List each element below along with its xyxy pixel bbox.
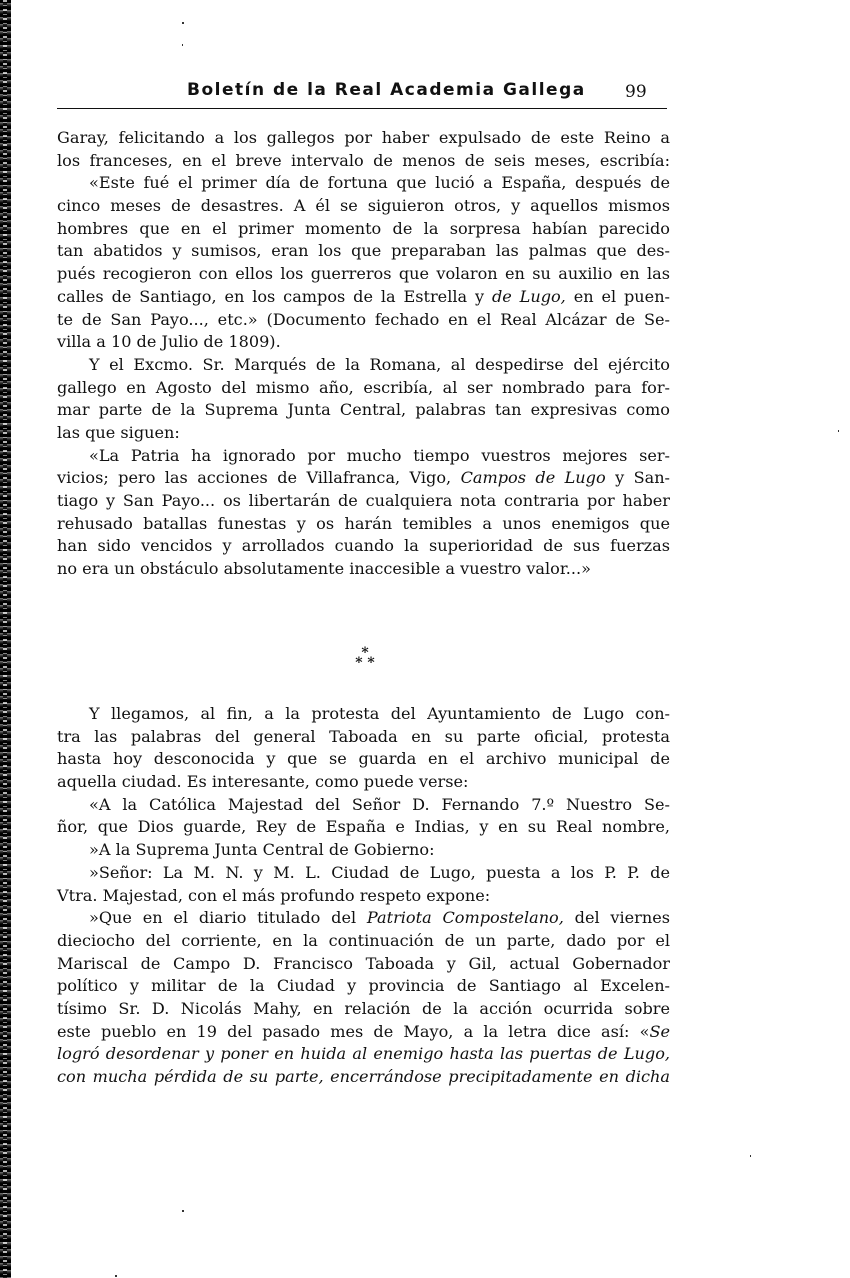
asterism-bottom: * *: [345, 658, 385, 668]
text-line: te de San Payo..., etc.» (Documento fech…: [57, 309, 670, 332]
italic-run: Se: [649, 1022, 670, 1041]
text-run: »Que en el diario titulado del: [89, 908, 367, 927]
text-line: tra las palabras del general Taboada en …: [57, 726, 670, 749]
text-line: »A la Suprema Junta Central de Gobierno:: [57, 839, 670, 862]
section-1-body: Garay, felicitando a los gallegos por ha…: [57, 127, 670, 581]
text-line: Vtra. Majestad, con el más profundo resp…: [57, 885, 670, 908]
text-line: logró desordenar y poner en huida al ene…: [57, 1043, 670, 1066]
text-run: del viernes: [564, 908, 670, 927]
text-line: han sido vencidos y arrollados cuando la…: [57, 535, 670, 558]
text-run: este pueblo en 19 del pasado mes de Mayo…: [57, 1022, 649, 1041]
scan-speck: [115, 1275, 117, 1277]
text-line: gallego en Agosto del mismo año, escribí…: [57, 377, 670, 400]
text-line: dieciocho del corriente, en la continuac…: [57, 930, 670, 953]
text-line: Garay, felicitando a los gallegos por ha…: [57, 127, 670, 150]
text-line: los franceses, en el breve intervalo de …: [57, 150, 670, 173]
scan-speck: [182, 44, 183, 46]
text-line: no era un obstáculo absolutamente inacce…: [57, 558, 670, 581]
running-header: Boletín de la Real Academia Gallega 99: [57, 74, 667, 110]
text-line: Y llegamos, al fin, a la protesta del Ay…: [57, 703, 670, 726]
text-line: »Que en el diario titulado del Patriota …: [57, 907, 670, 930]
text-line: político y militar de la Ciudad y provin…: [57, 975, 670, 998]
text-line: mar parte de la Suprema Junta Central, p…: [57, 399, 670, 422]
text-line: calles de Santiago, en los campos de la …: [57, 286, 670, 309]
italic-run: con mucha pérdida de su parte, encerránd…: [57, 1067, 670, 1086]
text-line: Mariscal de Campo D. Francisco Taboada y…: [57, 953, 670, 976]
text-line: villa a 10 de Julio de 1809).: [57, 331, 670, 354]
journal-title: Boletín de la Real Academia Gallega: [187, 80, 586, 100]
scan-speck: [182, 1210, 184, 1212]
text-line: tan abatidos y sumisos, eran los que pre…: [57, 240, 670, 263]
text-run: calles de Santiago, en los campos de la …: [57, 287, 492, 306]
italic-run: Campos de Lugo: [461, 468, 606, 487]
italic-run: Patriota Compostelano,: [367, 908, 564, 927]
text-line: tísimo Sr. D. Nicolás Mahy, en relación …: [57, 998, 670, 1021]
page-number: 99: [625, 82, 647, 102]
italic-run: de Lugo,: [492, 287, 566, 306]
text-line: hasta hoy desconocida y que se guarda en…: [57, 748, 670, 771]
scan-speck: [750, 1155, 751, 1157]
text-line: «Este fué el primer día de fortuna que l…: [57, 172, 670, 195]
text-line: Y el Excmo. Sr. Marqués de la Romana, al…: [57, 354, 670, 377]
text-line: este pueblo en 19 del pasado mes de Mayo…: [57, 1021, 670, 1044]
scan-binding-edge: [0, 0, 11, 1278]
section-2-body: Y llegamos, al fin, a la protesta del Ay…: [57, 703, 670, 1089]
text-line: cinco meses de desastres. A él se siguie…: [57, 195, 670, 218]
text-run: en el puen-: [566, 287, 670, 306]
text-line: »Señor: La M. N. y M. L. Ciudad de Lugo,…: [57, 862, 670, 885]
text-run: y San-: [606, 468, 670, 487]
text-line: ñor, que Dios guarde, Rey de España e In…: [57, 816, 670, 839]
asterism-separator: * * *: [345, 648, 385, 668]
text-line: tiago y San Payo... os libertarán de cua…: [57, 490, 670, 513]
text-line: «La Patria ha ignorado por mucho tiempo …: [57, 445, 670, 468]
text-line: con mucha pérdida de su parte, encerránd…: [57, 1066, 670, 1089]
text-line: pués recogieron con ellos los guerreros …: [57, 263, 670, 286]
scan-speck: [182, 22, 184, 24]
scan-speck: [838, 430, 839, 432]
text-line: aquella ciudad. Es interesante, como pue…: [57, 771, 670, 794]
text-line: hombres que en el primer momento de la s…: [57, 218, 670, 241]
italic-run: logró desordenar y poner en huida al ene…: [57, 1044, 670, 1063]
text-line: vicios; pero las acciones de Villafranca…: [57, 467, 670, 490]
text-line: rehusado batallas funestas y os harán te…: [57, 513, 670, 536]
text-run: vicios; pero las acciones de Villafranca…: [57, 468, 461, 487]
header-rule: [57, 108, 667, 109]
text-line: las que siguen:: [57, 422, 670, 445]
text-line: «A la Católica Majestad del Señor D. Fer…: [57, 794, 670, 817]
